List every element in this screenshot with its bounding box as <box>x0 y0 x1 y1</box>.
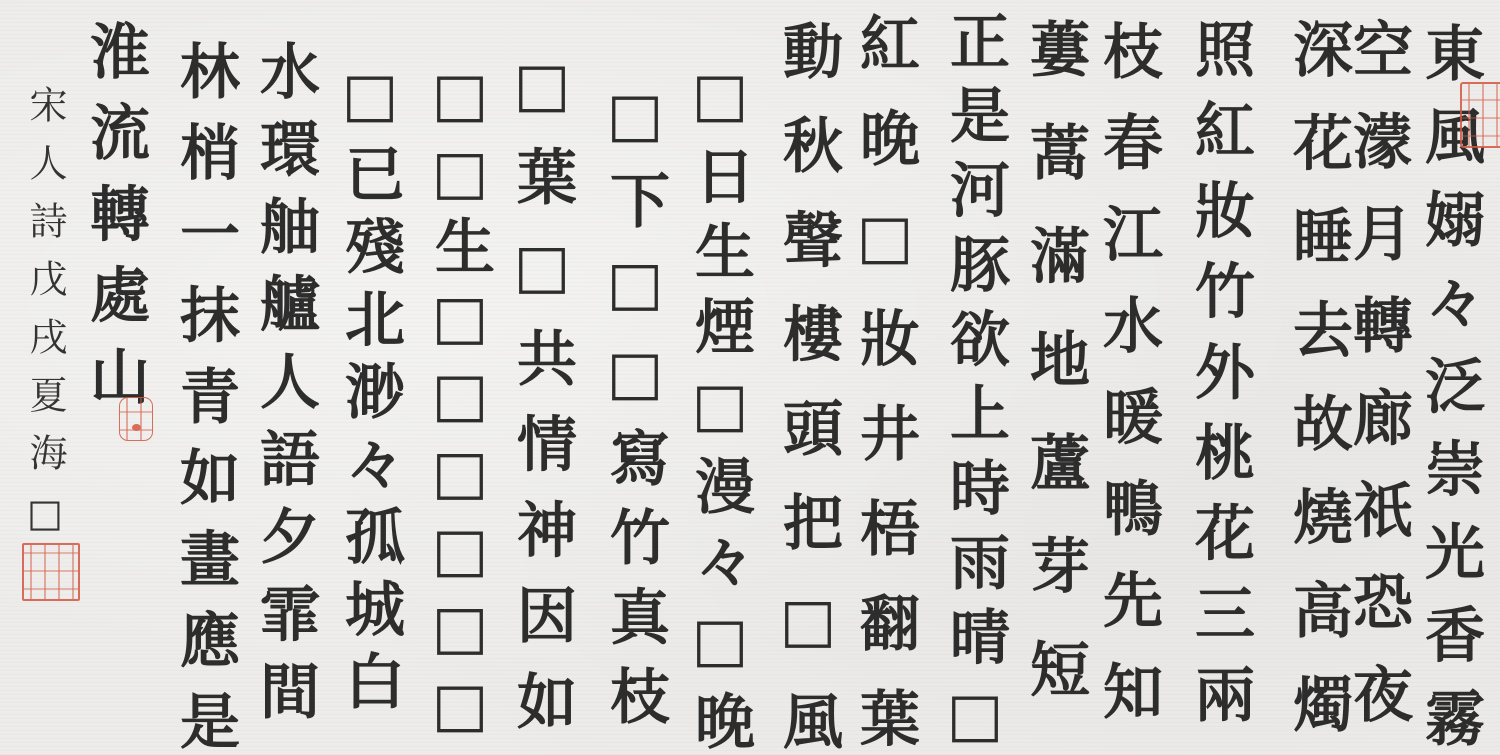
text-column-15: 水環舳艫人語夕霏間 <box>245 40 325 720</box>
calligraphy-scroll: 東風嫋々泛崇光香霧 空濛月轉廊祇恐夜 深花睡去故燒高燭 照紅妝竹外桃花三兩 枝春… <box>0 0 1500 755</box>
text-column-11: □下□□寫竹真枝 <box>595 80 675 725</box>
text-column-3: 深花睡去故燒高燭 <box>1278 18 1358 733</box>
signature-inscription: 宋人詩戊戌夏海□ <box>22 85 68 535</box>
text-column-17: 淮流轉處山 <box>75 20 155 405</box>
name-seal <box>22 543 80 601</box>
leading-seal <box>1460 82 1500 148</box>
text-column-6: 蔞蒿滿地蘆芽短 <box>1015 18 1095 698</box>
text-column-9: 動秋聲樓頭把□風 <box>768 20 848 750</box>
text-column-12: □葉□共情神因如 <box>502 50 582 730</box>
text-column-10: □日生煙□漫々□晚 <box>680 60 760 750</box>
text-column-8: 紅晚□妝井梧翻葉 <box>845 12 925 747</box>
text-column-5: 枝春江水暖鴨先知 <box>1088 20 1168 720</box>
text-column-7: 正是河豚欲上時雨晴□ <box>935 10 1015 750</box>
text-column-13: □□生□□□□□□ <box>420 60 500 740</box>
text-column-16: 林梢一抹青如畫應是 <box>165 40 245 750</box>
text-column-14: □已殘北渺々孤城白 <box>330 60 410 710</box>
text-column-4: 照紅妝竹外桃花三兩 <box>1180 18 1260 723</box>
leisure-seal <box>119 397 153 441</box>
